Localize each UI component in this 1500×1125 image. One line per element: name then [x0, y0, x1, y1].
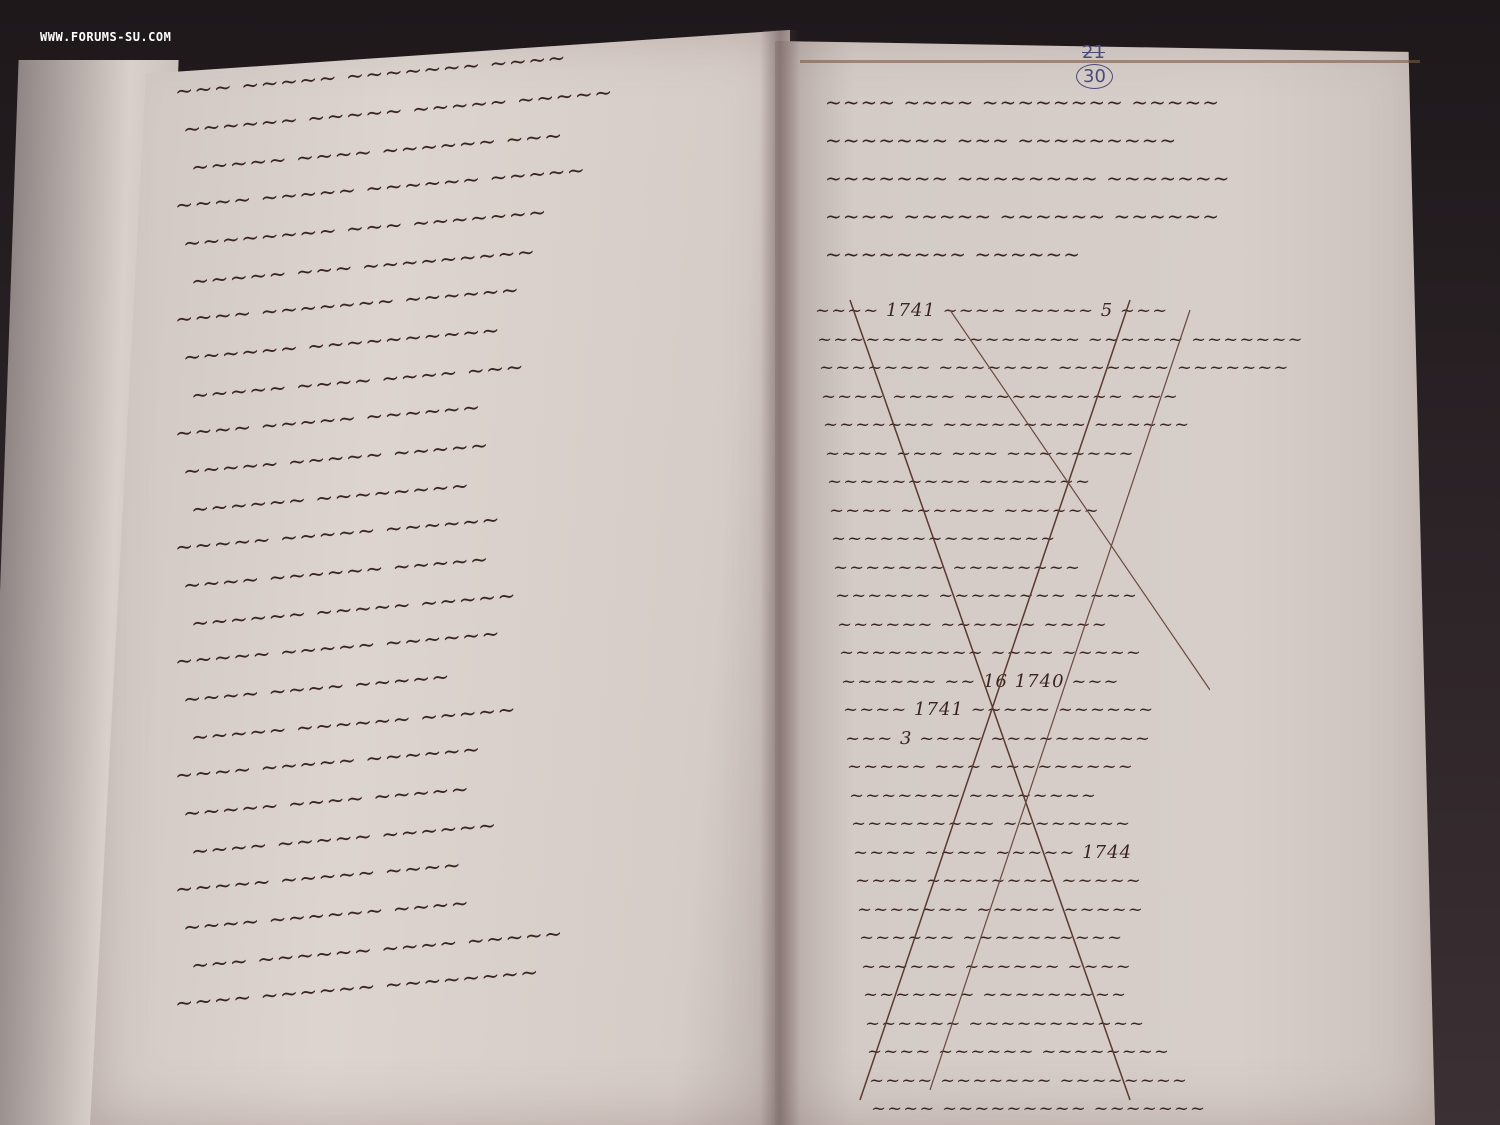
- handwritten-line: ~~~~~~~ ~~~~~~~~ ~~~~~~~: [825, 166, 1230, 190]
- handwritten-line: ~~~~ ~~~~ ~~~~~~~~ ~~~~~: [825, 90, 1220, 114]
- torn-top-edge: [800, 30, 1420, 63]
- book-gutter: [760, 30, 800, 1125]
- handwritten-line: ~~~~~~~ ~~~ ~~~~~~~~~: [825, 128, 1177, 152]
- cross-out-strokes: [830, 290, 1210, 1110]
- page-number-old: 21: [1082, 42, 1105, 63]
- handwritten-line: ~~~~~~~~ ~~~~~~: [825, 242, 1081, 266]
- page-number-circled: 30: [1076, 64, 1113, 89]
- handwritten-line: ~~~~ ~~~~~ ~~~~~~ ~~~~~~: [825, 204, 1220, 228]
- watermark: WWW.FORUMS-SU.COM: [40, 30, 171, 44]
